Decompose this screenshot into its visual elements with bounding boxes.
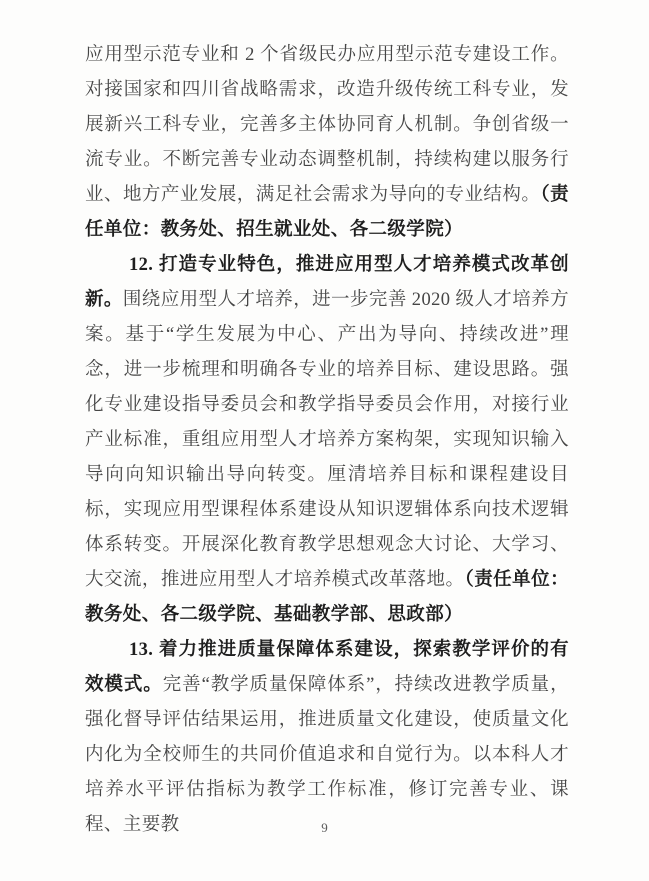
paragraph: 13. 着力推进质量保障体系建设，探索教学评价的有效模式。完善“教学质量保障体系… (85, 633, 569, 843)
paragraph: 应用型示范专业和 2 个省级民办应用型示范专建设工作。对接国家和四川省战略需求，… (85, 38, 569, 248)
body-text: 应用型示范专业和 2 个省级民办应用型示范专建设工作。对接国家和四川省战略需求，… (85, 45, 569, 205)
page-number: 9 (0, 820, 649, 836)
body-text: 完善“教学质量保障体系”，持续改进教学质量，强化督导评估结果运用，推进质量文化建… (85, 675, 569, 835)
paragraph: 12. 打造专业特色，推进应用型人才培养模式改革创新。围绕应用型人才培养，进一步… (85, 248, 569, 633)
document-body: 应用型示范专业和 2 个省级民办应用型示范专建设工作。对接国家和四川省战略需求，… (85, 38, 569, 843)
body-text: 围绕应用型人才培养，进一步完善 2020 级人才培养方案。基于“学生发展为中心、… (85, 290, 569, 590)
document-page: 应用型示范专业和 2 个省级民办应用型示范专建设工作。对接国家和四川省战略需求，… (0, 0, 649, 881)
